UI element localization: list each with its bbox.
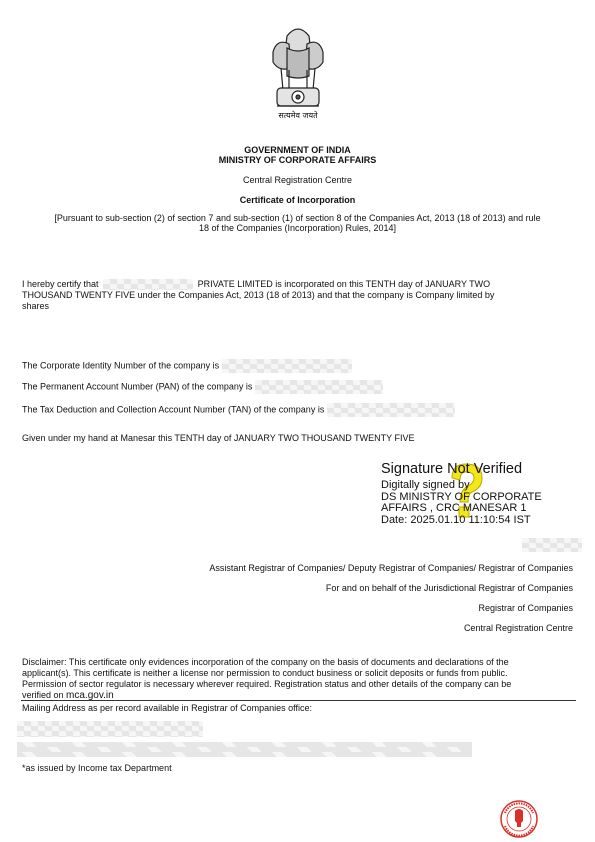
cin-row: The Corporate Identity Number of the com… [22, 359, 352, 373]
signer-line-2: AFFAIRS , CRC MANESAR 1 [381, 503, 581, 515]
tan-value-redacted [327, 403, 455, 417]
given-under: Given under my hand at Manesar this TENT… [22, 433, 414, 444]
divider [21, 700, 576, 701]
pan-label: The Permanent Account Number (PAN) of th… [22, 381, 252, 391]
signatory-behalf: For and on behalf of the Jurisdictional … [326, 583, 573, 594]
national-emblem-icon [265, 18, 331, 118]
disclaimer-line-4: verified on [22, 690, 66, 700]
certificate-title: Certificate of Incorporation [0, 195, 595, 206]
certify-line-3: shares [22, 301, 582, 312]
certify-prefix: I hereby certify that [22, 279, 99, 289]
certify-paragraph: I hereby certify that PRIVATE LIMITED is… [22, 279, 582, 312]
disclaimer-line-2: applicant(s). This certificate is neithe… [22, 668, 577, 679]
centre-heading: Central Registration Centre [0, 175, 595, 186]
digital-signature-block[interactable]: Signature Not Verified Digitally signed … [381, 461, 581, 526]
disclaimer-line-3: Permission of sector regulator is necess… [22, 679, 577, 690]
pan-value-redacted [255, 380, 383, 394]
pan-row: The Permanent Account Number (PAN) of th… [22, 380, 383, 394]
certify-line-2: THOUSAND TWENTY FIVE under the Companies… [22, 290, 582, 301]
cin-value-redacted [222, 359, 352, 373]
motto: सत्यमेव जयते [270, 110, 326, 121]
signed-by-label: Digitally signed by [381, 480, 581, 492]
address-line-2-redacted [17, 742, 472, 757]
cin-label: The Corporate Identity Number of the com… [22, 360, 219, 370]
certify-suffix: PRIVATE LIMITED is incorporated on this … [198, 279, 491, 289]
pan-note: *as issued by Income tax Department [22, 763, 172, 774]
pursuant-line-2: 18 of the Companies (Incorporation) Rule… [0, 223, 595, 234]
signature-status: Signature Not Verified [381, 461, 581, 477]
tan-label: The Tax Deduction and Collection Account… [22, 404, 324, 414]
company-name-redacted [103, 279, 193, 290]
signatory-centre: Central Registration Centre [464, 623, 573, 634]
mca-seal-icon [497, 799, 541, 839]
mailing-address-label: Mailing Address as per record available … [22, 703, 312, 714]
signatory-designation: Assistant Registrar of Companies/ Deputy… [209, 563, 573, 574]
tan-row: The Tax Deduction and Collection Account… [22, 403, 455, 417]
disclaimer: Disclaimer: This certificate only eviden… [22, 657, 577, 701]
signatory-registrar: Registrar of Companies [478, 603, 573, 614]
ministry-heading: MINISTRY OF CORPORATE AFFAIRS [0, 155, 595, 166]
signatory-name-redacted [522, 538, 582, 552]
address-line-1-redacted [17, 721, 203, 737]
signature-date: Date: 2025.01.10 11:10:54 IST [381, 515, 581, 527]
disclaimer-line-1: Disclaimer: This certificate only eviden… [22, 657, 577, 668]
